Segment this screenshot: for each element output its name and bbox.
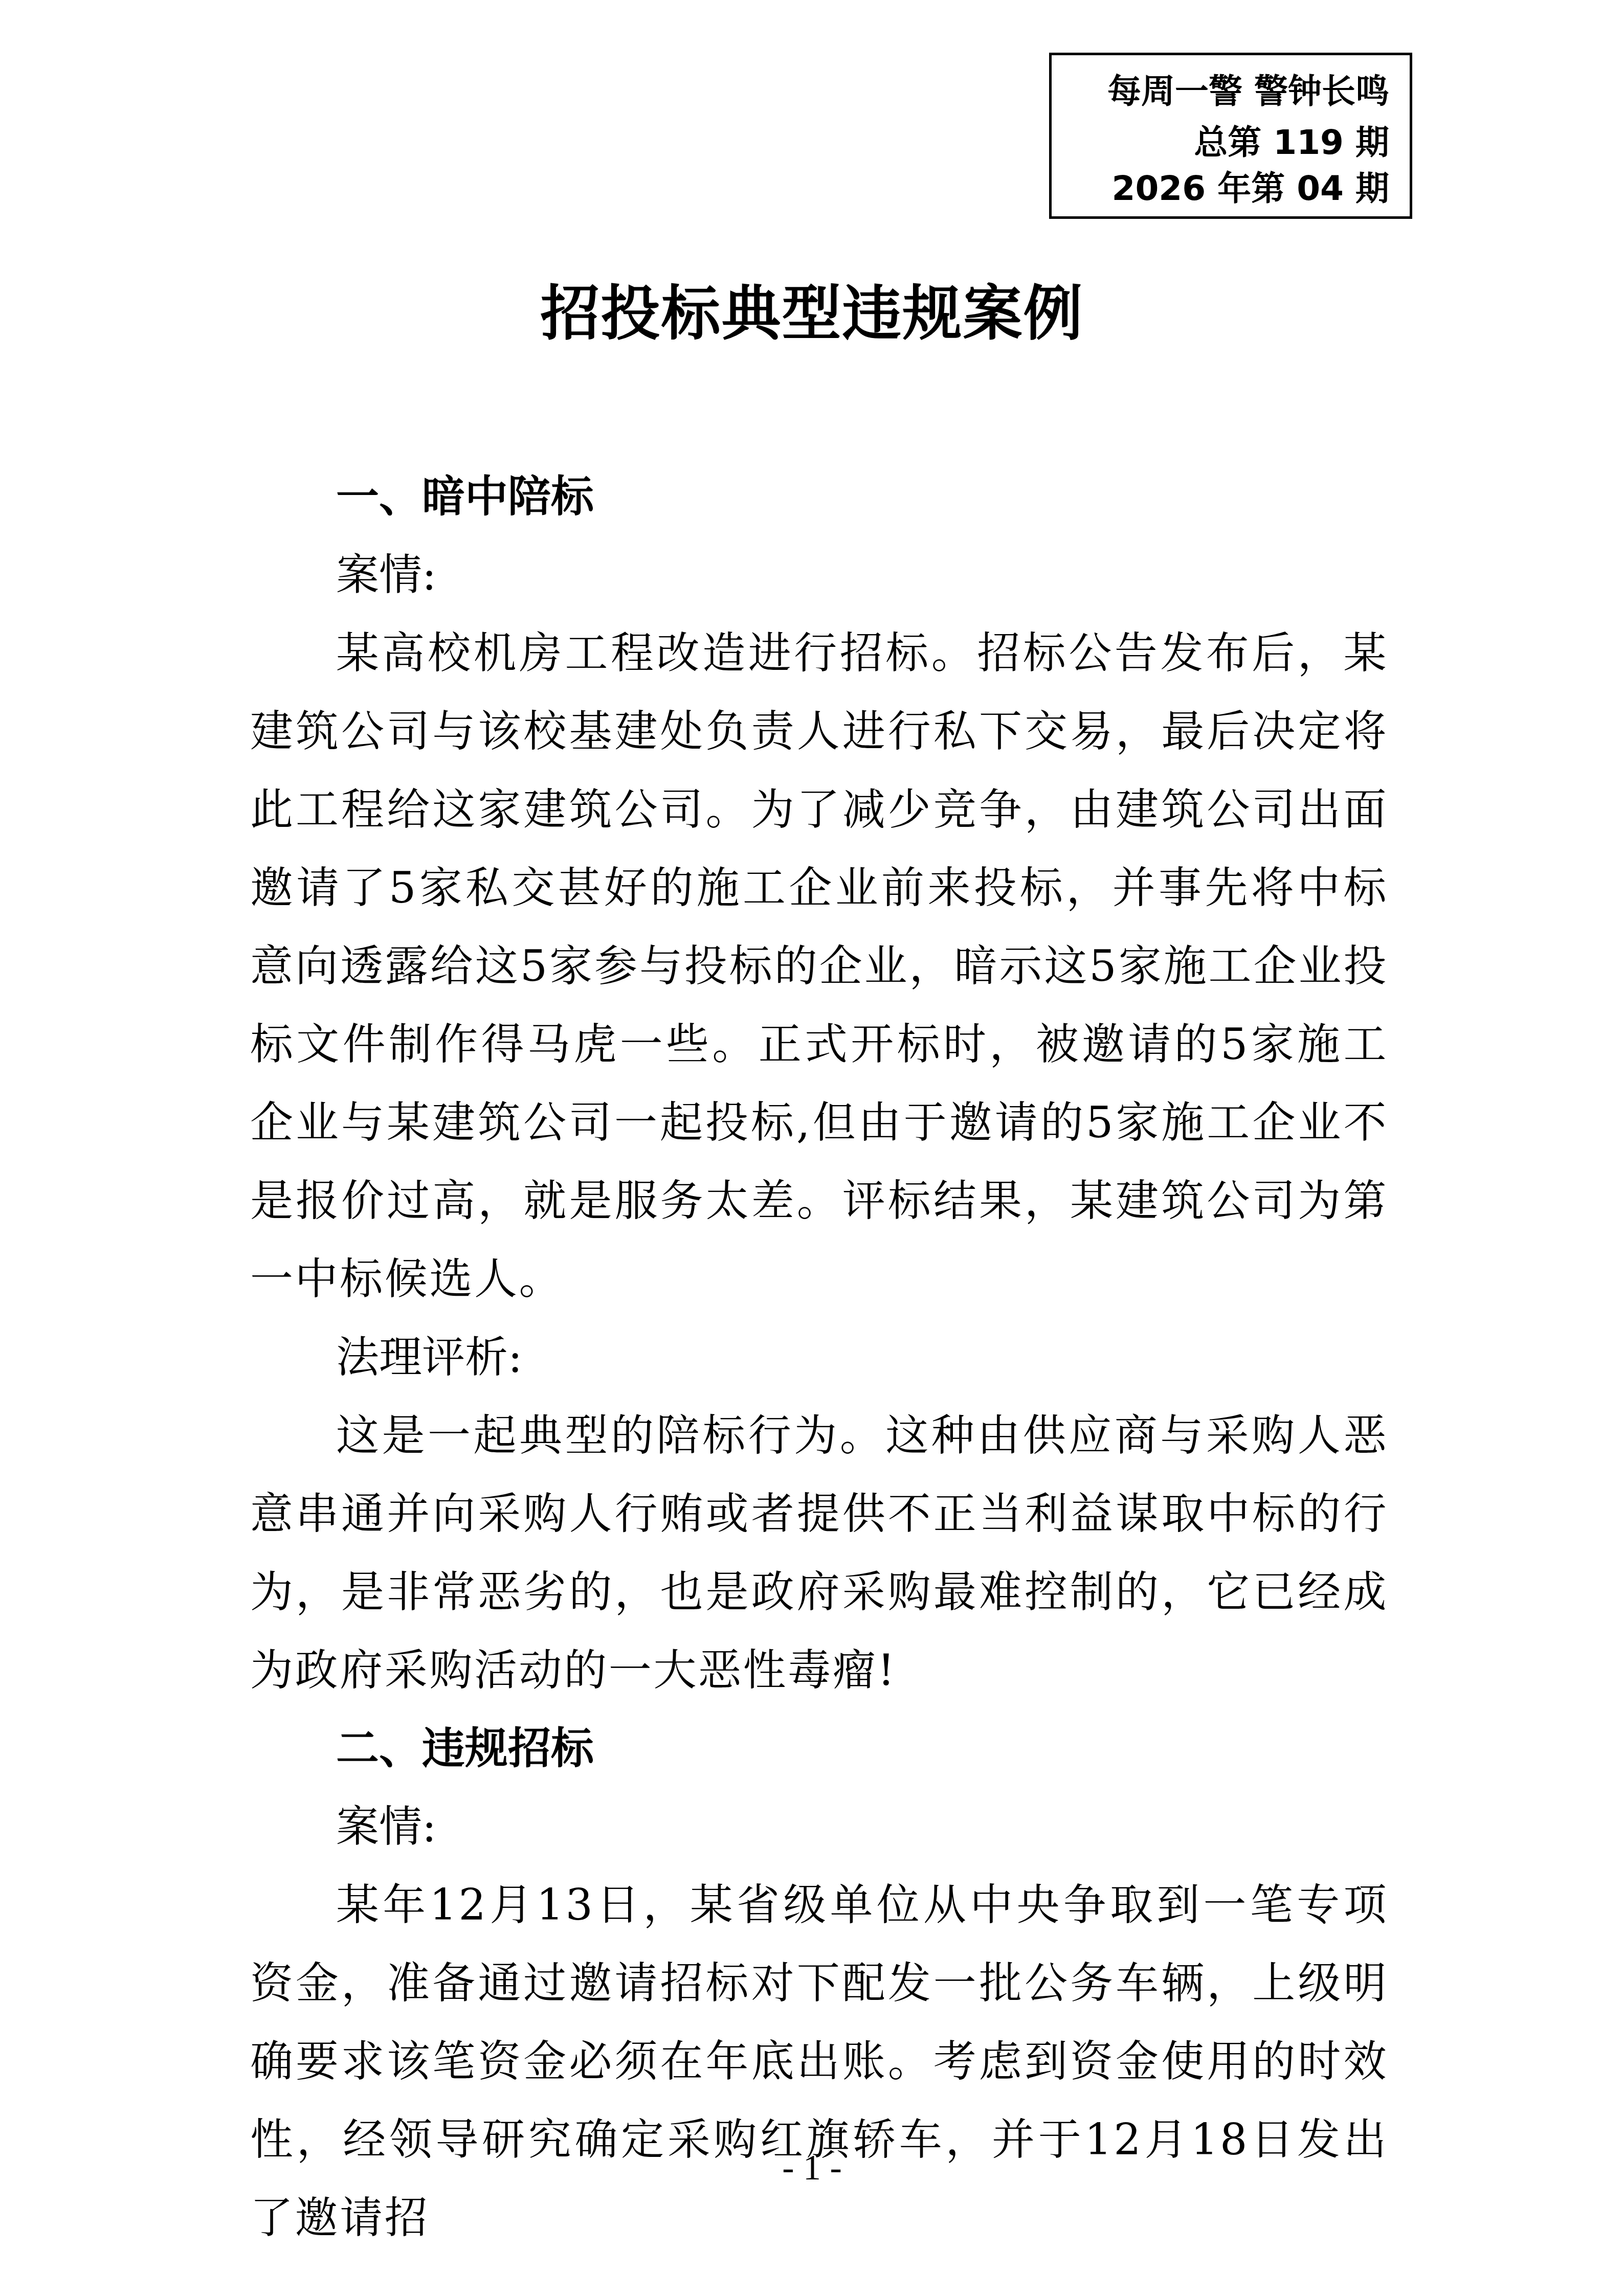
document-body: 一、暗中陪标 案情: 某高校机房工程改造进行招标。招标公告发布后，某建筑公司与该…	[250, 458, 1388, 2257]
analysis-label: 法理评析:	[250, 1318, 1388, 1397]
section-heading: 二、违规招标	[250, 1709, 1388, 1788]
document-title: 招投标典型违规案例	[0, 284, 1624, 343]
case-label: 案情:	[250, 536, 1388, 614]
section-heading: 一、暗中陪标	[250, 458, 1388, 536]
issue-info-box: 每周一警 警钟长鸣 总第 119 期 2026 年第 04 期	[1049, 53, 1412, 219]
year-issue-number: 2026 年第 04 期	[1112, 172, 1389, 206]
page-number: - 1 -	[0, 2150, 1624, 2186]
column-name: 每周一警 警钟长鸣	[1107, 75, 1389, 108]
analysis-paragraph: 这是一起典型的陪标行为。这种由供应商与采购人恶意串通并向采购人行贿或者提供不正当…	[250, 1397, 1388, 1709]
case-paragraph: 某年12月13日，某省级单位从中央争取到一笔专项资金，准备通过邀请招标对下配发一…	[250, 1866, 1388, 2257]
case-paragraph: 某高校机房工程改造进行招标。招标公告发布后，某建筑公司与该校基建处负责人进行私下…	[250, 614, 1388, 1318]
total-issue-number: 总第 119 期	[1194, 126, 1389, 160]
case-label: 案情:	[250, 1788, 1388, 1866]
